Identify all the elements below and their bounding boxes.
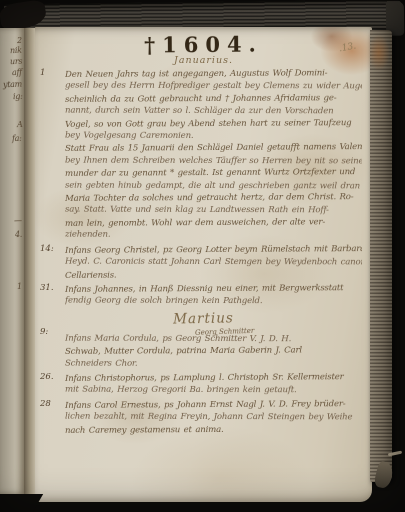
prev-page-text-fragment: 1 xyxy=(17,282,22,291)
register-entry: 28Infans Carol Ernestus, ps Johann Ernst… xyxy=(35,399,372,436)
handwritten-line: Heyd. C. Caronicis statt Johann Carl Ste… xyxy=(65,256,362,269)
manuscript-page: †1604. .13. Januarius.1Den Neuen Jahrs t… xyxy=(35,27,372,502)
entry-day-number: 1 xyxy=(35,68,65,242)
handwritten-line: Cellariensis. xyxy=(65,268,362,282)
register-entry: 1Den Neuen Jahrs tag ist angegangen, Aug… xyxy=(35,68,372,242)
bottom-left-shadow xyxy=(0,494,43,512)
entry-text: Georg SchmitterInfans Maria Cordula, ps … xyxy=(65,327,362,370)
entry-day-number: 28 xyxy=(35,399,65,436)
register-entry: 26.Infans Christophorus, ps Lamplung l. … xyxy=(35,372,372,397)
prev-page-text-fragment: 4. xyxy=(15,230,22,239)
entry-text: Infans Johannes, in Hanß Diessnig neu ei… xyxy=(65,283,362,308)
month-heading-januarius: Januarius. xyxy=(35,55,372,66)
prev-page-text-fragment: A xyxy=(16,120,22,129)
previous-page-edge: 2nikursaffytamig:Afa:—4.1 xyxy=(0,28,25,494)
months-root: Januarius.1Den Neuen Jahrs tag ist angeg… xyxy=(35,55,372,438)
prev-page-text-fragment: ytam xyxy=(3,80,22,90)
handwritten-line: Statt Frau als 15 Januarii den Schlägel … xyxy=(65,142,362,156)
handwritten-line: mit Sabina, Herzog Gregorii Ba. bringen … xyxy=(65,384,362,397)
prev-page-text-fragment: 2 xyxy=(17,36,22,45)
entry-day-number: 9: xyxy=(35,327,65,370)
handwritten-line: Schneiders Chor. xyxy=(65,357,362,370)
register-entry: 9:Georg SchmitterInfans Maria Cordula, p… xyxy=(35,327,372,370)
prev-page-text-fragment: ig: xyxy=(12,92,22,101)
handwritten-line: nannt, durch sein Vatter so l. Schläger … xyxy=(65,105,362,118)
entry-text: Infans Georg Christel, pz Georg Lotter b… xyxy=(65,244,362,281)
handwritten-line: nach Caremey gestamensu et anima. xyxy=(65,423,362,437)
register-entry: 14:Infans Georg Christel, pz Georg Lotte… xyxy=(35,244,372,281)
handwritten-line: fendig Georg die solch bringen kein Path… xyxy=(65,295,362,308)
prev-page-text-fragment: fa: xyxy=(12,134,22,143)
handwritten-line: munder dar zu genannt * gestalt. Ist gen… xyxy=(65,166,362,180)
entry-text: Den Neuen Jahrs tag ist angegangen, Augu… xyxy=(65,68,362,242)
entry-text: Infans Christophorus, ps Lamplung l. Chr… xyxy=(65,372,362,397)
entry-day-number: 14: xyxy=(35,244,65,281)
handwritten-line: say. Statt. Vatte und sein klag zu Landt… xyxy=(65,204,362,217)
photo-background: 2nikursaffytamig:Afa:—4.1 †1604. .13. Ja… xyxy=(0,0,405,512)
prev-page-text-fragment: nik xyxy=(10,46,22,55)
entry-text: Infans Carol Ernestus, ps Johann Ernst N… xyxy=(65,399,362,436)
book-fore-edge xyxy=(370,30,392,482)
entry-day-number: 26. xyxy=(35,372,65,397)
prev-page-text-fragment: aff xyxy=(12,68,22,77)
handwritten-line: lichen bezahlt, mit Regina Freyin, Johan… xyxy=(65,411,362,424)
prev-page-text-fragment: urs xyxy=(10,57,22,66)
prev-page-text-fragment: — xyxy=(14,216,22,225)
handwritten-line: gesell bey des Herrn Hofprediger gestalt… xyxy=(65,80,362,93)
entry-day-number: 31. xyxy=(35,283,65,308)
handwritten-line: Schwab, Mutter Cordula, patrina Maria Ga… xyxy=(65,344,362,358)
register-entry: 31.Infans Johannes, in Hanß Diessnig neu… xyxy=(35,283,372,308)
handwritten-line: ziehenden. xyxy=(65,229,362,242)
